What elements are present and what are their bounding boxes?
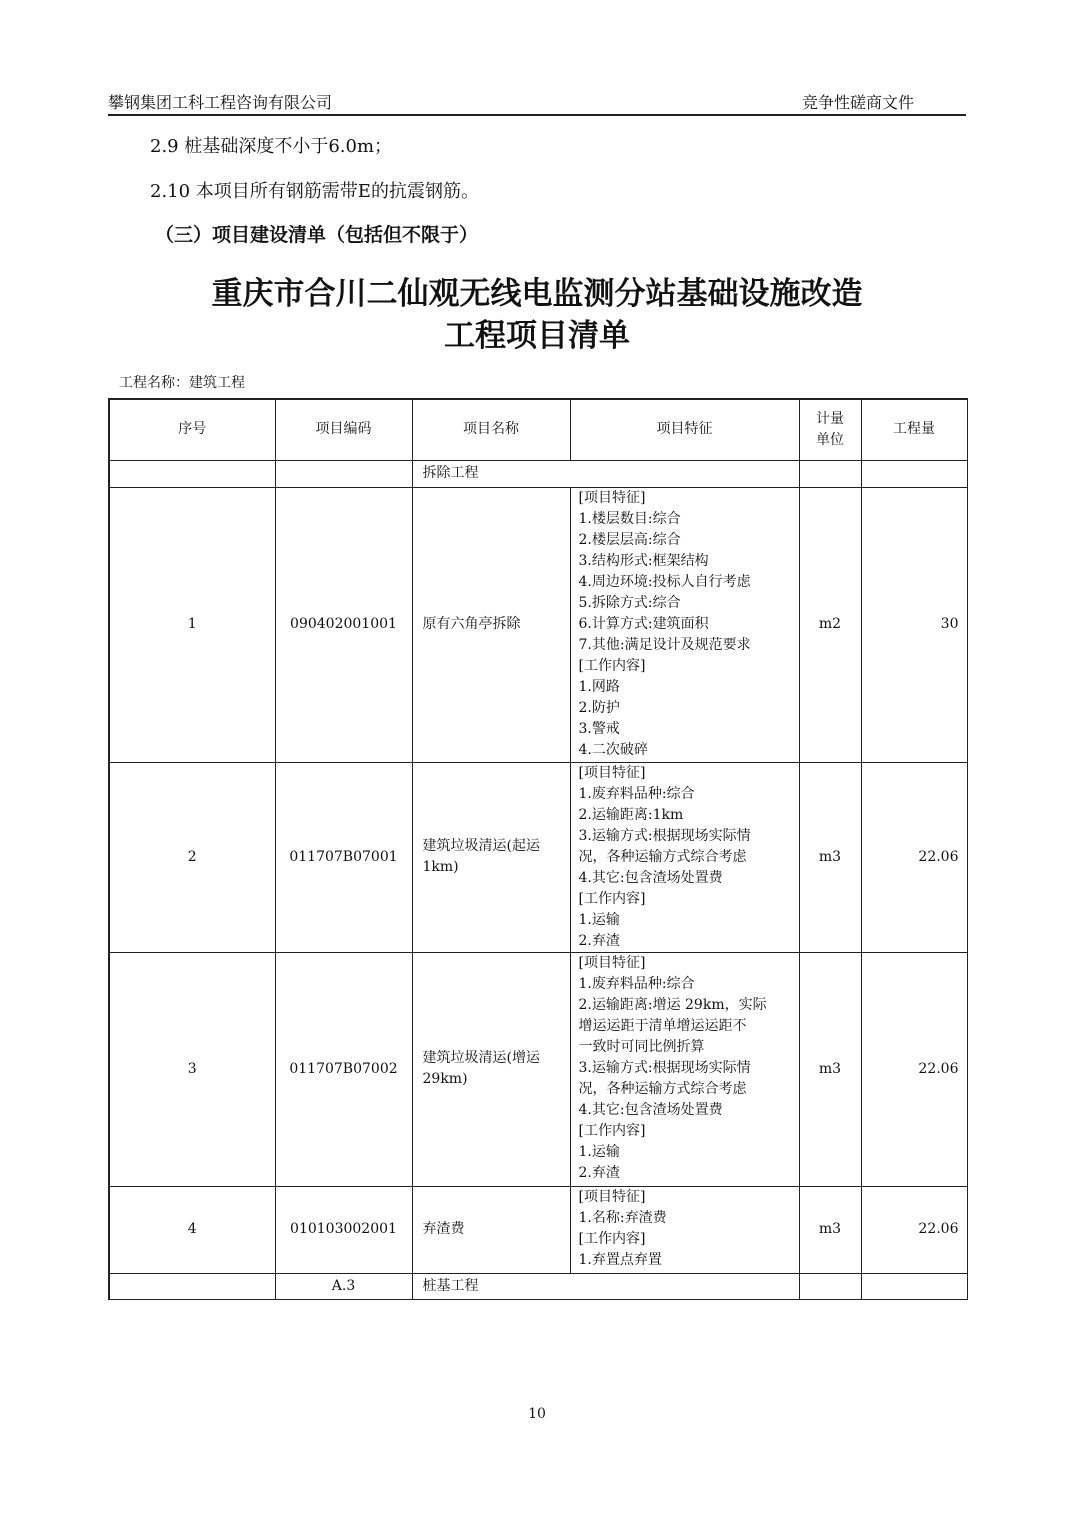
header-unit: 计量单位 — [799, 399, 861, 460]
feature-line: [工作内容] — [579, 889, 799, 910]
cell-code: 090402001001 — [275, 487, 412, 762]
feature-line: 4.周边环境:投标人自行考虑 — [579, 572, 799, 593]
feature-line: 1.名称:弃渣费 — [579, 1208, 799, 1229]
header-code: 项目编码 — [275, 399, 412, 460]
feature-line: 1.弃置点弃置 — [579, 1250, 799, 1271]
page-header: 攀钢集团工科工程咨询有限公司 竞争性磋商文件 — [108, 88, 966, 116]
header-features: 项目特征 — [570, 399, 799, 460]
feature-line: 2.运输距离:增运 29km，实际 — [579, 995, 799, 1016]
cell-qty — [861, 460, 967, 487]
feature-line: 1.运输 — [579, 910, 799, 931]
cell-seq: 3 — [109, 952, 275, 1186]
group-code: A.3 — [275, 1273, 412, 1299]
feature-line: 1.废弃料品种:综合 — [579, 974, 799, 995]
feature-line: 增运运距于清单增运运距不 — [579, 1016, 799, 1037]
feature-line: 2.运输距离:1km — [579, 805, 799, 826]
feature-line: 况，各种运输方式综合考虑 — [579, 847, 799, 868]
feature-line: 1.网路 — [579, 677, 799, 698]
feature-line: [项目特征] — [579, 488, 799, 509]
cell-seq — [109, 460, 275, 487]
feature-line: 2.弃渣 — [579, 1163, 799, 1184]
cell-qty: 22.06 — [861, 762, 967, 952]
document-type: 竞争性磋商文件 — [802, 90, 914, 113]
cell-unit: m3 — [799, 762, 861, 952]
cell-qty: 22.06 — [861, 1186, 967, 1273]
feature-line: 6.计算方式:建筑面积 — [579, 614, 799, 635]
feature-line: 3.警戒 — [579, 719, 799, 740]
feature-line: 3.运输方式:根据现场实际情 — [579, 1058, 799, 1079]
cell-name: 原有六角亭拆除 — [412, 487, 570, 762]
cell-features: [项目特征] 1.废弃料品种:综合 2.运输距离:增运 29km，实际 增运运距… — [570, 952, 799, 1186]
feature-line: 4.二次破碎 — [579, 740, 799, 761]
cell-name: 弃渣费 — [412, 1186, 570, 1273]
feature-line: 3.结构形式:框架结构 — [579, 551, 799, 572]
section-heading: （三）项目建设清单（包括但不限于） — [155, 220, 478, 247]
paragraph-2-9: 2.9 桩基础深度不小于6.0m； — [150, 132, 392, 158]
doc-title-line1: 重庆市合川二仙观无线电监测分站基础设施改造 — [0, 268, 1074, 313]
cell-qty — [861, 1273, 967, 1299]
feature-line: 4.其它:包含渣场处置费 — [579, 868, 799, 889]
table-row: 2 011707B07001 建筑垃圾清运(起运1km) [项目特征] 1.废弃… — [109, 762, 967, 952]
feature-line: 况，各种运输方式综合考虑 — [579, 1079, 799, 1100]
paragraph-2-10: 2.10 本项目所有钢筋需带E的抗震钢筋。 — [150, 177, 479, 203]
cell-features: [项目特征] 1.名称:弃渣费 [工作内容] 1.弃置点弃置 — [570, 1186, 799, 1273]
cell-qty: 22.06 — [861, 952, 967, 1186]
cell-qty: 30 — [861, 487, 967, 762]
header-qty: 工程量 — [861, 399, 967, 460]
feature-line: [项目特征] — [579, 763, 799, 784]
cell-unit: m3 — [799, 1186, 861, 1273]
cell-features: [项目特征] 1.废弃料品种:综合 2.运输距离:1km 3.运输方式:根据现场… — [570, 762, 799, 952]
company-name: 攀钢集团工科工程咨询有限公司 — [108, 90, 332, 113]
header-unit-line1: 计量 — [800, 409, 861, 430]
feature-line: [工作内容] — [579, 656, 799, 677]
feature-line: 2.楼层层高:综合 — [579, 530, 799, 551]
doc-title-line2: 工程项目清单 — [0, 310, 1074, 355]
cell-seq: 1 — [109, 487, 275, 762]
feature-line: 一致时可同比例折算 — [579, 1037, 799, 1058]
group-row-pile-foundation: A.3 桩基工程 — [109, 1273, 967, 1299]
feature-line: 2.防护 — [579, 698, 799, 719]
group-name: 桩基工程 — [412, 1273, 799, 1299]
table-row: 3 011707B07002 建筑垃圾清运(增运29km) [项目特征] 1.废… — [109, 952, 967, 1186]
feature-line: [项目特征] — [579, 1187, 799, 1208]
cell-code: 010103002001 — [275, 1186, 412, 1273]
feature-line: 7.其他:满足设计及规范要求 — [579, 635, 799, 656]
feature-line: [工作内容] — [579, 1121, 799, 1142]
project-name: 工程名称：建筑工程 — [119, 372, 245, 392]
feature-line: 2.弃渣 — [579, 931, 799, 952]
cell-name: 建筑垃圾清运(增运29km) — [412, 952, 570, 1186]
table-header-row: 序号 项目编码 项目名称 项目特征 计量单位 工程量 — [109, 399, 967, 460]
cell-unit — [799, 460, 861, 487]
cell-name: 建筑垃圾清运(起运1km) — [412, 762, 570, 952]
table-row: 4 010103002001 弃渣费 [项目特征] 1.名称:弃渣费 [工作内容… — [109, 1186, 967, 1273]
cell-code — [275, 460, 412, 487]
cell-unit — [799, 1273, 861, 1299]
cell-seq: 4 — [109, 1186, 275, 1273]
group-name: 拆除工程 — [412, 460, 799, 487]
table-row: 1 090402001001 原有六角亭拆除 [项目特征] 1.楼层数目:综合 … — [109, 487, 967, 762]
cell-seq — [109, 1273, 275, 1299]
feature-line: 1.楼层数目:综合 — [579, 509, 799, 530]
feature-line: 1.运输 — [579, 1142, 799, 1163]
bill-of-quantities-table: 序号 项目编码 项目名称 项目特征 计量单位 工程量 拆除工程 1 090402… — [108, 398, 968, 1300]
cell-unit: m3 — [799, 952, 861, 1186]
cell-unit: m2 — [799, 487, 861, 762]
page-number: 10 — [0, 1406, 1074, 1422]
cell-code: 011707B07001 — [275, 762, 412, 952]
header-seq: 序号 — [109, 399, 275, 460]
feature-line: [工作内容] — [579, 1229, 799, 1250]
feature-line: [项目特征] — [579, 953, 799, 974]
cell-seq: 2 — [109, 762, 275, 952]
feature-line: 5.拆除方式:综合 — [579, 593, 799, 614]
feature-line: 3.运输方式:根据现场实际情 — [579, 826, 799, 847]
cell-features: [项目特征] 1.楼层数目:综合 2.楼层层高:综合 3.结构形式:框架结构 4… — [570, 487, 799, 762]
cell-code: 011707B07002 — [275, 952, 412, 1186]
header-name: 项目名称 — [412, 399, 570, 460]
feature-line: 1.废弃料品种:综合 — [579, 784, 799, 805]
group-row-demolition: 拆除工程 — [109, 460, 967, 487]
feature-line: 4.其它:包含渣场处置费 — [579, 1100, 799, 1121]
header-unit-line2: 单位 — [800, 430, 861, 451]
